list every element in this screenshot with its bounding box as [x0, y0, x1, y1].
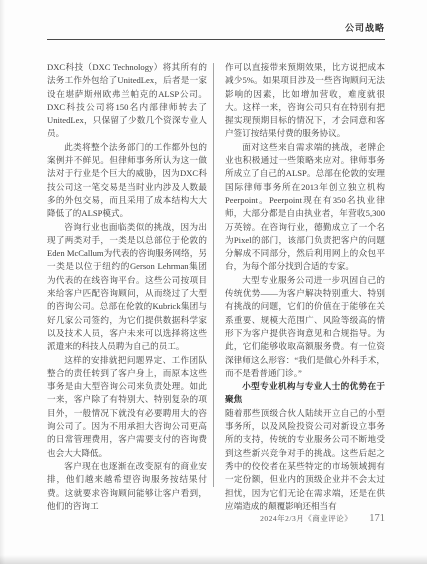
- page-edge-shadow-bottom: [0, 555, 427, 564]
- running-head: 公司战略: [345, 21, 385, 34]
- article-body: DXC科技（DXC Technology）将其所有的法务工作外包给了United…: [47, 61, 385, 497]
- paragraph: 面对这些来自需求端的挑战，老牌企业也积极通过一些策略来应对。律师事务所成立了自己…: [225, 141, 385, 274]
- left-column: DXC科技（DXC Technology）将其所有的法务工作外包给了United…: [47, 61, 207, 513]
- column-divider: [213, 63, 214, 487]
- paragraph: 此类将整个法务部门的工作都外包的案例并不鲜见。但律师事务所认为这一做法对于行业是…: [47, 141, 207, 221]
- paragraph: 咨询行业也面临类似的挑战，因为出现了两类对手，一类是以总部位于伦敦的Eden M…: [47, 221, 207, 354]
- right-column: 作可以直接带来预期效果，比方说把成本减少5%。如果项目涉及一些咨询顾问无法影响的…: [225, 61, 385, 513]
- page-footer: 2024年2/3月《商业评论》 171: [260, 513, 385, 524]
- paragraph: 随着那些顶级合伙人陆续开立自己的小型事务所，以及风险投资公司对新设立事务所的支持…: [225, 407, 385, 513]
- subheading: 小型专业机构与专业人士的优势在于聚焦: [225, 380, 385, 407]
- journal-info: 2024年2/3月《商业评论》: [260, 513, 352, 524]
- magazine-page: 公司战略 DXC科技（DXC Technology）将其所有的法务工作外包给了U…: [0, 0, 427, 564]
- page-number: 171: [369, 513, 385, 524]
- section-label: 公司战略: [345, 23, 385, 33]
- paragraph: 这样的安排就把问题界定、工作团队整合的责任转到了客户身上，而原本这些事务是由大型…: [47, 354, 207, 460]
- paragraph: 大型专业服务公司进一步巩固自己的传统优势——为客户解决特别重大、特别有挑战的问题…: [225, 274, 385, 380]
- page-edge-shadow-left: [0, 0, 5, 564]
- paragraph: 客户现在也逐渐在改变原有的商业安排，他们越来越希望咨询服务按结果付费。这就要求咨…: [47, 460, 207, 513]
- header-rule: [47, 39, 385, 40]
- paragraph: 作可以直接带来预期效果，比方说把成本减少5%。如果项目涉及一些咨询顾问无法影响的…: [225, 61, 385, 141]
- paragraph: DXC科技（DXC Technology）将其所有的法务工作外包给了United…: [47, 61, 207, 141]
